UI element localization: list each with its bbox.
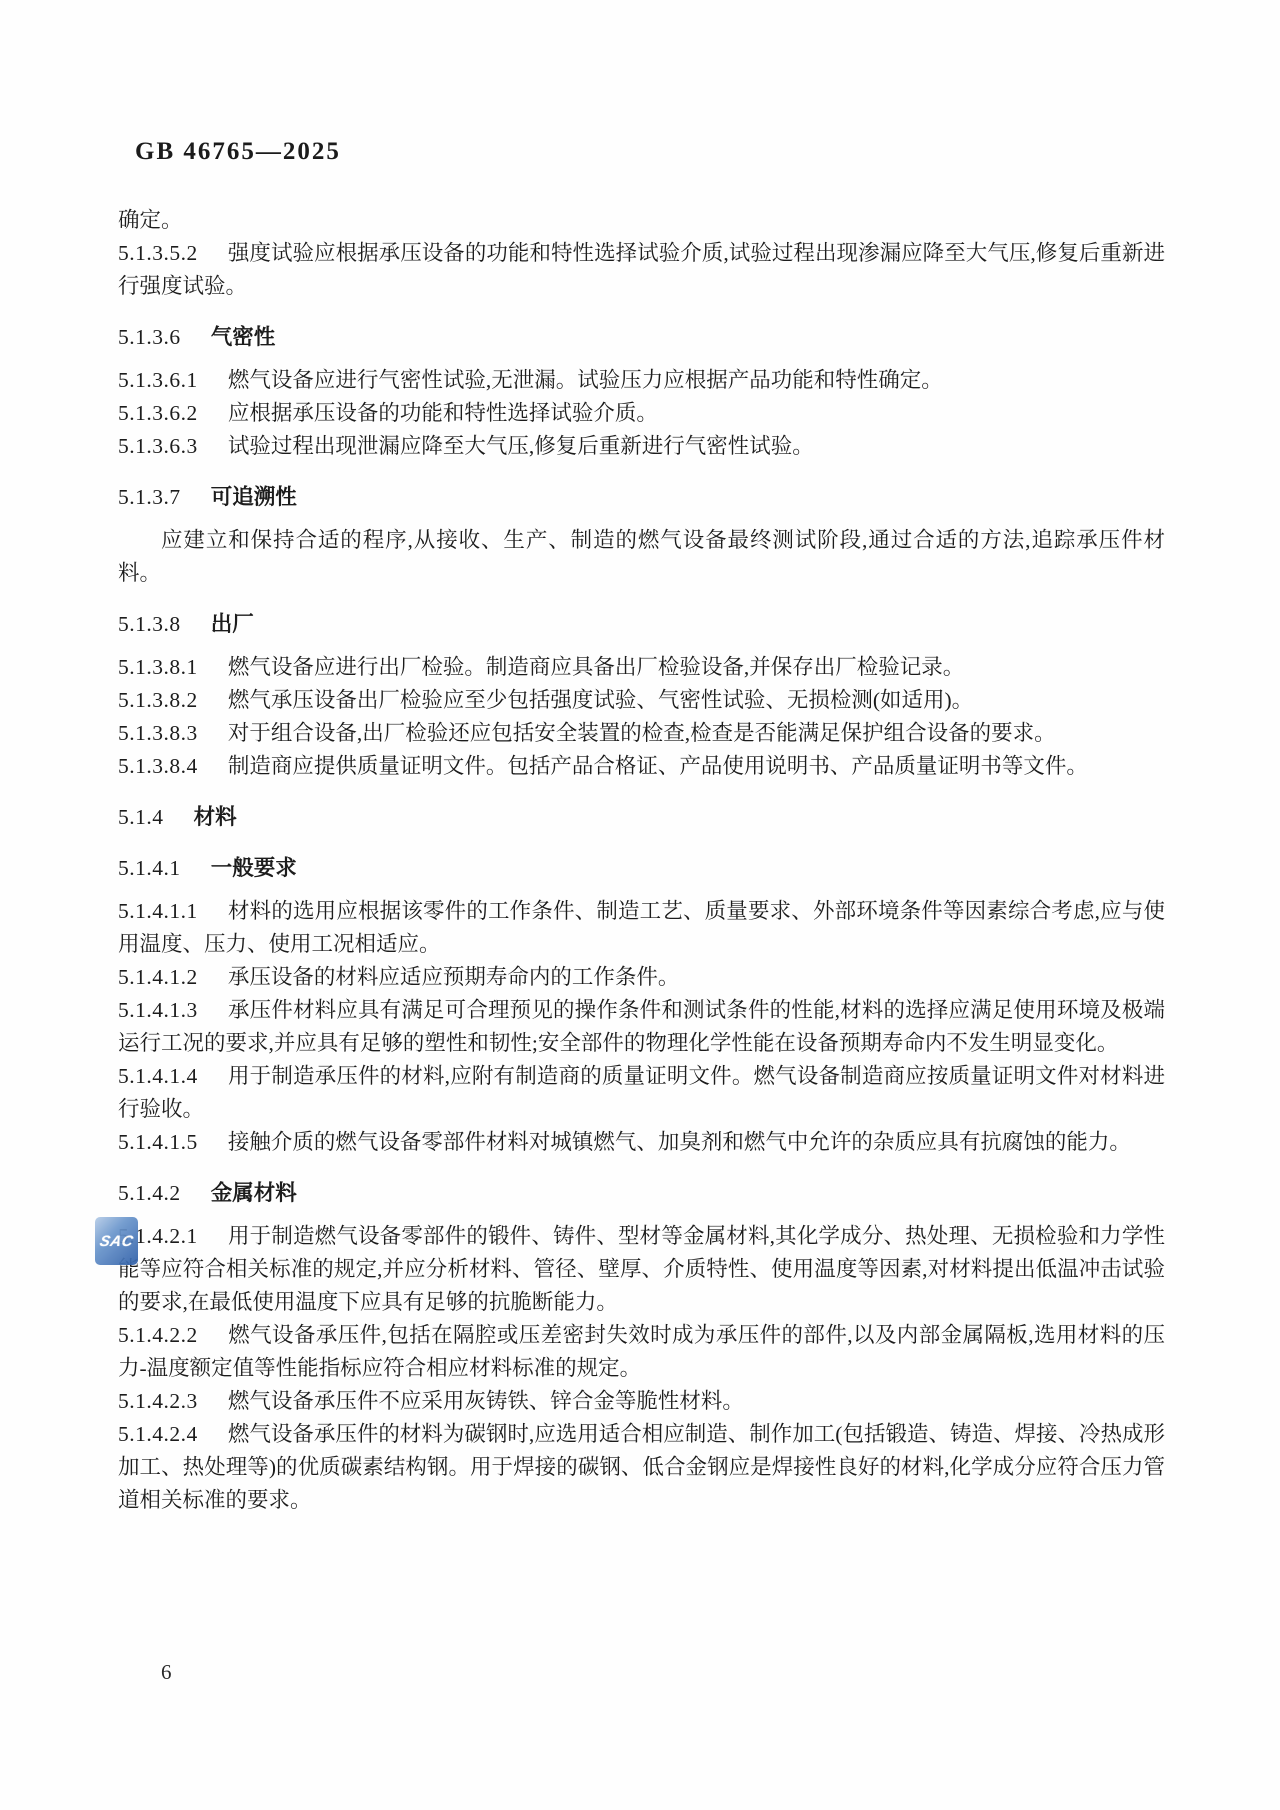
clause-paragraph: 5.1.4.1.4用于制造承压件的材料,应附有制造商的质量证明文件。燃气设备制造… <box>118 1060 1165 1126</box>
clause-paragraph: 5.1.4.1.3承压件材料应具有满足可合理预见的操作条件和测试条件的性能,材料… <box>118 994 1165 1060</box>
clause-text: 用于制造燃气设备零部件的锻件、铸件、型材等金属材料,其化学成分、热处理、无损检验… <box>118 1224 1165 1314</box>
section-title: 金属材料 <box>211 1181 297 1205</box>
clause-number: 5.1.3.8.3 <box>118 721 198 745</box>
document-page: GB 46765—2025 确定。5.1.3.5.2强度试验应根据承压设备的功能… <box>0 0 1280 1810</box>
clause-text: 燃气设备应进行出厂检验。制造商应具备出厂检验设备,并保存出厂检验记录。 <box>228 655 964 679</box>
clause-text: 燃气承压设备出厂检验应至少包括强度试验、气密性试验、无损检测(如适用)。 <box>228 688 973 712</box>
clause-text: 制造商应提供质量证明文件。包括产品合格证、产品使用说明书、产品质量证明书等文件。 <box>228 754 1088 778</box>
clause-number: 5.1.4.2.2 <box>118 1323 198 1347</box>
clause-text: 燃气设备承压件的材料为碳钢时,应选用适合相应制造、制作加工(包括锻造、铸造、焊接… <box>118 1422 1165 1512</box>
clause-text: 对于组合设备,出厂检验还应包括安全装置的检查,检查是否能满足保护组合设备的要求。 <box>228 721 1056 745</box>
paragraph: 应建立和保持合适的程序,从接收、生产、制造的燃气设备最终测试阶段,通过合适的方法… <box>118 524 1165 590</box>
clause-number: 5.1.4.2.3 <box>118 1389 198 1413</box>
section-heading: 5.1.3.8出厂 <box>118 608 1165 641</box>
clause-number: 5.1.3.6.3 <box>118 434 198 458</box>
clause-paragraph: 5.1.3.8.3对于组合设备,出厂检验还应包括安全装置的检查,检查是否能满足保… <box>118 717 1165 750</box>
clause-number: 5.1.3.8.1 <box>118 655 198 679</box>
clause-text: 应根据承压设备的功能和特性选择试验介质。 <box>228 401 658 425</box>
clause-paragraph: 5.1.4.1.5接触介质的燃气设备零部件材料对城镇燃气、加臭剂和燃气中允许的杂… <box>118 1126 1165 1159</box>
clause-paragraph: 5.1.3.6.2应根据承压设备的功能和特性选择试验介质。 <box>118 397 1165 430</box>
sac-watermark-logo: SAC <box>95 1217 138 1265</box>
document-body: 确定。5.1.3.5.2强度试验应根据承压设备的功能和特性选择试验介质,试验过程… <box>118 204 1165 1517</box>
clause-paragraph: 5.1.4.2.1用于制造燃气设备零部件的锻件、铸件、型材等金属材料,其化学成分… <box>118 1220 1165 1319</box>
clause-text: 燃气设备应进行气密性试验,无泄漏。试验压力应根据产品功能和特性确定。 <box>228 368 943 392</box>
clause-number: 5.1.4.1.5 <box>118 1130 198 1154</box>
section-number: 5.1.3.7 <box>118 485 181 509</box>
section-heading: 5.1.4材料 <box>118 801 1165 834</box>
section-number: 5.1.4.1 <box>118 856 181 880</box>
section-number: 5.1.4 <box>118 805 164 829</box>
clause-text: 接触介质的燃气设备零部件材料对城镇燃气、加臭剂和燃气中允许的杂质应具有抗腐蚀的能… <box>228 1130 1131 1154</box>
clause-text: 材料的选用应根据该零件的工作条件、制造工艺、质量要求、外部环境条件等因素综合考虑… <box>118 899 1165 956</box>
section-number: 5.1.4.2 <box>118 1181 181 1205</box>
clause-number: 5.1.4.1.3 <box>118 998 198 1022</box>
clause-text: 强度试验应根据承压设备的功能和特性选择试验介质,试验过程出现渗漏应降至大气压,修… <box>118 241 1165 298</box>
clause-number: 5.1.3.8.2 <box>118 688 198 712</box>
standard-number-header: GB 46765—2025 <box>135 138 341 166</box>
paragraph: 确定。 <box>118 204 1165 237</box>
clause-text: 承压件材料应具有满足可合理预见的操作条件和测试条件的性能,材料的选择应满足使用环… <box>118 998 1165 1055</box>
section-title: 气密性 <box>211 325 276 349</box>
clause-paragraph: 5.1.3.6.1燃气设备应进行气密性试验,无泄漏。试验压力应根据产品功能和特性… <box>118 364 1165 397</box>
clause-text: 承压设备的材料应适应预期寿命内的工作条件。 <box>228 965 680 989</box>
clause-number: 5.1.3.8.4 <box>118 754 198 778</box>
clause-paragraph: 5.1.3.5.2强度试验应根据承压设备的功能和特性选择试验介质,试验过程出现渗… <box>118 237 1165 303</box>
clause-number: 5.1.3.6.1 <box>118 368 198 392</box>
clause-number: 5.1.4.2.4 <box>118 1422 198 1446</box>
section-title: 一般要求 <box>211 856 297 880</box>
page-number: 6 <box>161 1660 172 1685</box>
clause-paragraph: 5.1.3.8.2燃气承压设备出厂检验应至少包括强度试验、气密性试验、无损检测(… <box>118 684 1165 717</box>
clause-paragraph: 5.1.4.2.2燃气设备承压件,包括在隔腔或压差密封失效时成为承压件的部件,以… <box>118 1319 1165 1385</box>
clause-number: 5.1.4.1.4 <box>118 1064 198 1088</box>
clause-paragraph: 5.1.4.1.2承压设备的材料应适应预期寿命内的工作条件。 <box>118 961 1165 994</box>
section-heading: 5.1.3.7可追溯性 <box>118 481 1165 514</box>
section-title: 出厂 <box>211 612 254 636</box>
clause-paragraph: 5.1.3.8.1燃气设备应进行出厂检验。制造商应具备出厂检验设备,并保存出厂检… <box>118 651 1165 684</box>
clause-number: 5.1.3.5.2 <box>118 241 198 265</box>
clause-number: 5.1.3.6.2 <box>118 401 198 425</box>
clause-text: 试验过程出现泄漏应降至大气压,修复后重新进行气密性试验。 <box>228 434 814 458</box>
clause-text: 燃气设备承压件,包括在隔腔或压差密封失效时成为承压件的部件,以及内部金属隔板,选… <box>118 1323 1165 1380</box>
clause-paragraph: 5.1.3.8.4制造商应提供质量证明文件。包括产品合格证、产品使用说明书、产品… <box>118 750 1165 783</box>
section-number: 5.1.3.6 <box>118 325 181 349</box>
clause-paragraph: 5.1.3.6.3试验过程出现泄漏应降至大气压,修复后重新进行气密性试验。 <box>118 430 1165 463</box>
clause-text: 燃气设备承压件不应采用灰铸铁、锌合金等脆性材料。 <box>228 1389 744 1413</box>
clause-paragraph: 5.1.4.2.4燃气设备承压件的材料为碳钢时,应选用适合相应制造、制作加工(包… <box>118 1418 1165 1517</box>
section-title: 材料 <box>194 805 237 829</box>
sac-watermark-label: SAC <box>98 1233 135 1250</box>
section-heading: 5.1.3.6气密性 <box>118 321 1165 354</box>
clause-number: 5.1.4.1.2 <box>118 965 198 989</box>
clause-number: 5.1.4.1.1 <box>118 899 198 923</box>
section-heading: 5.1.4.1一般要求 <box>118 852 1165 885</box>
section-title: 可追溯性 <box>211 485 297 509</box>
clause-paragraph: 5.1.4.1.1材料的选用应根据该零件的工作条件、制造工艺、质量要求、外部环境… <box>118 895 1165 961</box>
section-heading: 5.1.4.2金属材料 <box>118 1177 1165 1210</box>
clause-paragraph: 5.1.4.2.3燃气设备承压件不应采用灰铸铁、锌合金等脆性材料。 <box>118 1385 1165 1418</box>
section-number: 5.1.3.8 <box>118 612 181 636</box>
clause-text: 用于制造承压件的材料,应附有制造商的质量证明文件。燃气设备制造商应按质量证明文件… <box>118 1064 1165 1121</box>
